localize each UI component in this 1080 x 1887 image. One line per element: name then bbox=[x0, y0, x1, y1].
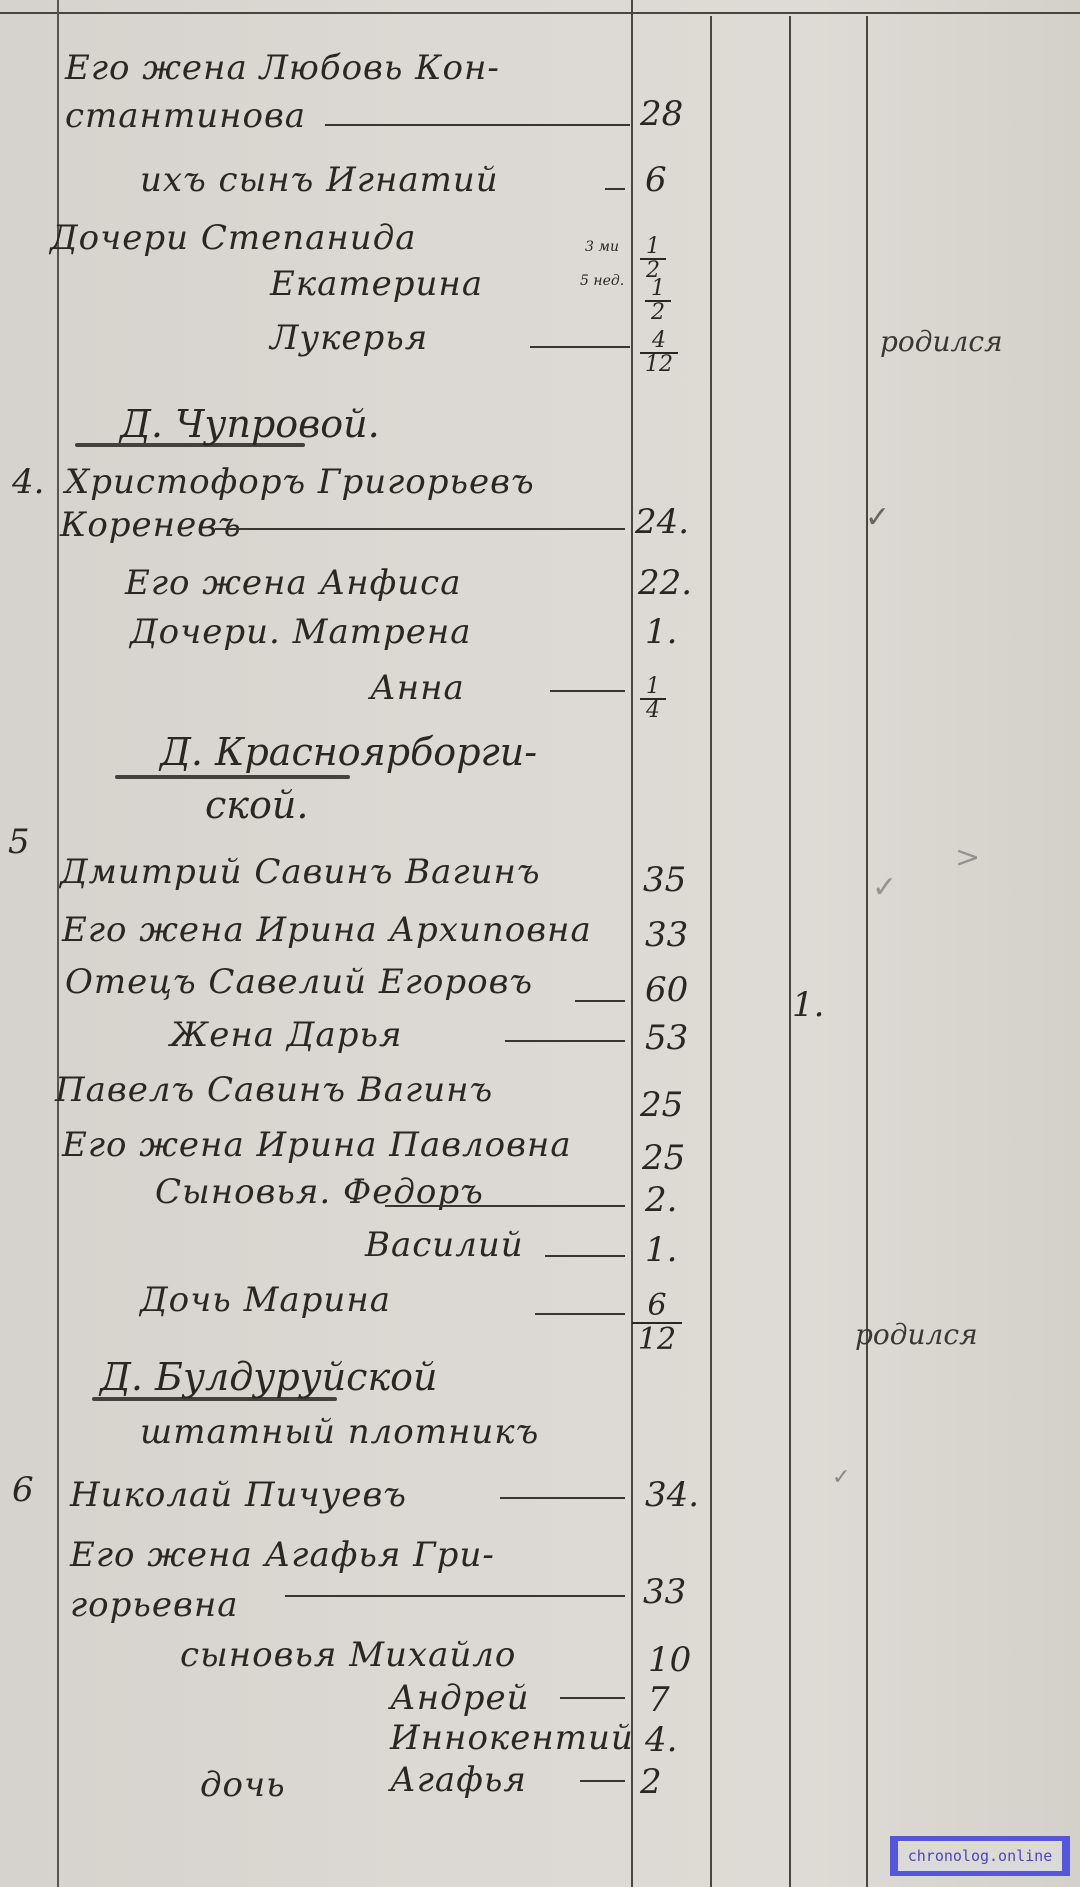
leader-dash bbox=[505, 1040, 625, 1042]
household-number: 6 bbox=[12, 1470, 34, 1510]
column-2-rule bbox=[710, 16, 712, 1887]
age-value: 33 bbox=[643, 1572, 686, 1612]
check-mark-icon: > bbox=[955, 840, 980, 875]
watermark-badge: chronolog.online bbox=[890, 1836, 1070, 1876]
age-value: 35 bbox=[643, 860, 686, 900]
age-value: 33 bbox=[645, 915, 688, 955]
entry-line: Андрей bbox=[390, 1678, 529, 1718]
leader-dash bbox=[215, 528, 625, 530]
entry-line: Анна bbox=[370, 668, 465, 708]
age-fraction: 4 12 bbox=[640, 330, 678, 376]
entry-line: стантинова bbox=[65, 96, 306, 136]
section-heading-village: Д. Булдуруйской bbox=[100, 1355, 438, 1399]
age-value: 1. bbox=[645, 612, 677, 652]
check-mark-icon: ✓ bbox=[832, 1465, 850, 1490]
entry-line: дочь bbox=[200, 1765, 286, 1805]
margin-note-born: родился bbox=[855, 1318, 978, 1351]
entry-line: Его жена Любовь Кон- bbox=[65, 48, 500, 88]
leader-dash bbox=[605, 188, 625, 190]
age-value: 10 bbox=[648, 1640, 691, 1680]
age-value: 24. bbox=[635, 502, 689, 542]
entry-line: Жена Дарья bbox=[170, 1015, 403, 1055]
entry-line: Его жена Ирина Павловна bbox=[62, 1125, 572, 1165]
entry-line: Кореневъ bbox=[60, 505, 242, 545]
heading-underline bbox=[75, 443, 305, 447]
age-value: 1. bbox=[645, 1230, 677, 1270]
leader-dash bbox=[325, 124, 630, 126]
age-value: 6 bbox=[645, 160, 667, 200]
household-number: 5 bbox=[8, 822, 30, 862]
numerator: 1 bbox=[640, 236, 666, 260]
section-subheading: штатный плотникъ bbox=[140, 1412, 539, 1452]
leader-dash bbox=[530, 346, 630, 348]
entry-line: Николай Пичуевъ bbox=[70, 1475, 407, 1515]
entry-line: Василий bbox=[365, 1225, 524, 1265]
numerator: 1 bbox=[640, 676, 666, 700]
side-note: 5 нед. bbox=[580, 274, 624, 288]
leader-dash bbox=[560, 1697, 625, 1699]
age-value: 22. bbox=[638, 563, 692, 603]
leader-dash bbox=[500, 1497, 625, 1499]
entry-line: Иннокентий bbox=[390, 1718, 634, 1758]
watermark-text: chronolog.online bbox=[898, 1841, 1062, 1871]
leader-dash bbox=[580, 1780, 625, 1782]
household-number: 4. bbox=[12, 462, 44, 502]
entry-line: сыновья Михайло bbox=[180, 1635, 516, 1675]
section-heading-village-cont: ской. bbox=[205, 783, 308, 827]
column-3-rule bbox=[789, 16, 791, 1887]
top-rule bbox=[0, 12, 1080, 14]
entry-line: горьевна bbox=[70, 1585, 239, 1625]
denominator: 12 bbox=[632, 1324, 682, 1356]
age-fraction: 6 12 bbox=[632, 1290, 682, 1356]
entry-line: Агафья bbox=[390, 1760, 527, 1800]
age-value: 28 bbox=[640, 94, 683, 134]
denominator: 12 bbox=[640, 354, 678, 376]
entry-line: ихъ сынъ Игнатий bbox=[140, 160, 499, 200]
age-value: 2. bbox=[645, 1180, 677, 1220]
check-mark-icon: ✓ bbox=[865, 500, 890, 535]
left-margin-rule bbox=[57, 0, 59, 1887]
denominator: 2 bbox=[645, 302, 671, 324]
section-heading-village: Д. Красноярборги- bbox=[160, 730, 537, 774]
leader-dash bbox=[575, 1000, 625, 1002]
age-value: 25 bbox=[640, 1085, 683, 1125]
age-value: 4. bbox=[645, 1720, 677, 1760]
entry-line: Отецъ Савелий Егоровъ bbox=[65, 962, 533, 1002]
leader-dash bbox=[545, 1255, 625, 1257]
entry-line: Дочь Марина bbox=[140, 1280, 391, 1320]
age-value: 2 bbox=[640, 1762, 662, 1802]
leader-dash bbox=[285, 1595, 625, 1597]
age-value: 53 bbox=[645, 1018, 688, 1058]
entry-line: Лукерья bbox=[270, 318, 428, 358]
heading-underline bbox=[115, 775, 350, 779]
entry-line: Его жена Ирина Архиповна bbox=[62, 910, 592, 950]
age-value: 34. bbox=[645, 1475, 699, 1515]
age-value: 60 bbox=[645, 970, 688, 1010]
side-note: 3 ми bbox=[585, 240, 619, 254]
leader-dash bbox=[535, 1313, 625, 1315]
denominator: 4 bbox=[640, 700, 666, 722]
column-3-mark: 1. bbox=[792, 985, 824, 1025]
margin-note-born: родился bbox=[880, 325, 1003, 358]
age-fraction: 1 2 bbox=[645, 278, 671, 324]
age-fraction: 1 4 bbox=[640, 676, 666, 722]
entry-line: Его жена Агафья Гри- bbox=[70, 1535, 495, 1575]
numerator: 1 bbox=[645, 278, 671, 302]
register-page: Его жена Любовь Кон- стантинова 28 ихъ с… bbox=[0, 0, 1080, 1887]
entry-line: Павелъ Савинъ Вагинъ bbox=[55, 1070, 493, 1110]
entry-line: Дмитрий Савинъ Вагинъ bbox=[60, 852, 541, 892]
entry-line: Дочери. Матрена bbox=[130, 612, 472, 652]
entry-line: Христофоръ Григорьевъ bbox=[65, 462, 535, 502]
entry-line: Дочери Степанида bbox=[50, 218, 417, 258]
leader-dash bbox=[385, 1205, 625, 1207]
section-heading-village: Д. Чупровой. bbox=[120, 402, 380, 446]
numerator: 6 bbox=[632, 1290, 682, 1324]
numerator: 4 bbox=[640, 330, 678, 354]
age-value: 25 bbox=[642, 1138, 685, 1178]
column-4-rule bbox=[866, 16, 868, 1887]
leader-dash bbox=[550, 690, 625, 692]
entry-line: Его жена Анфиса bbox=[125, 563, 462, 603]
heading-underline bbox=[92, 1397, 337, 1401]
check-mark-icon: ✓ bbox=[872, 870, 897, 905]
age-value: 7 bbox=[648, 1680, 670, 1720]
age-column-rule bbox=[631, 0, 633, 1887]
entry-line: Екатерина bbox=[270, 264, 483, 304]
